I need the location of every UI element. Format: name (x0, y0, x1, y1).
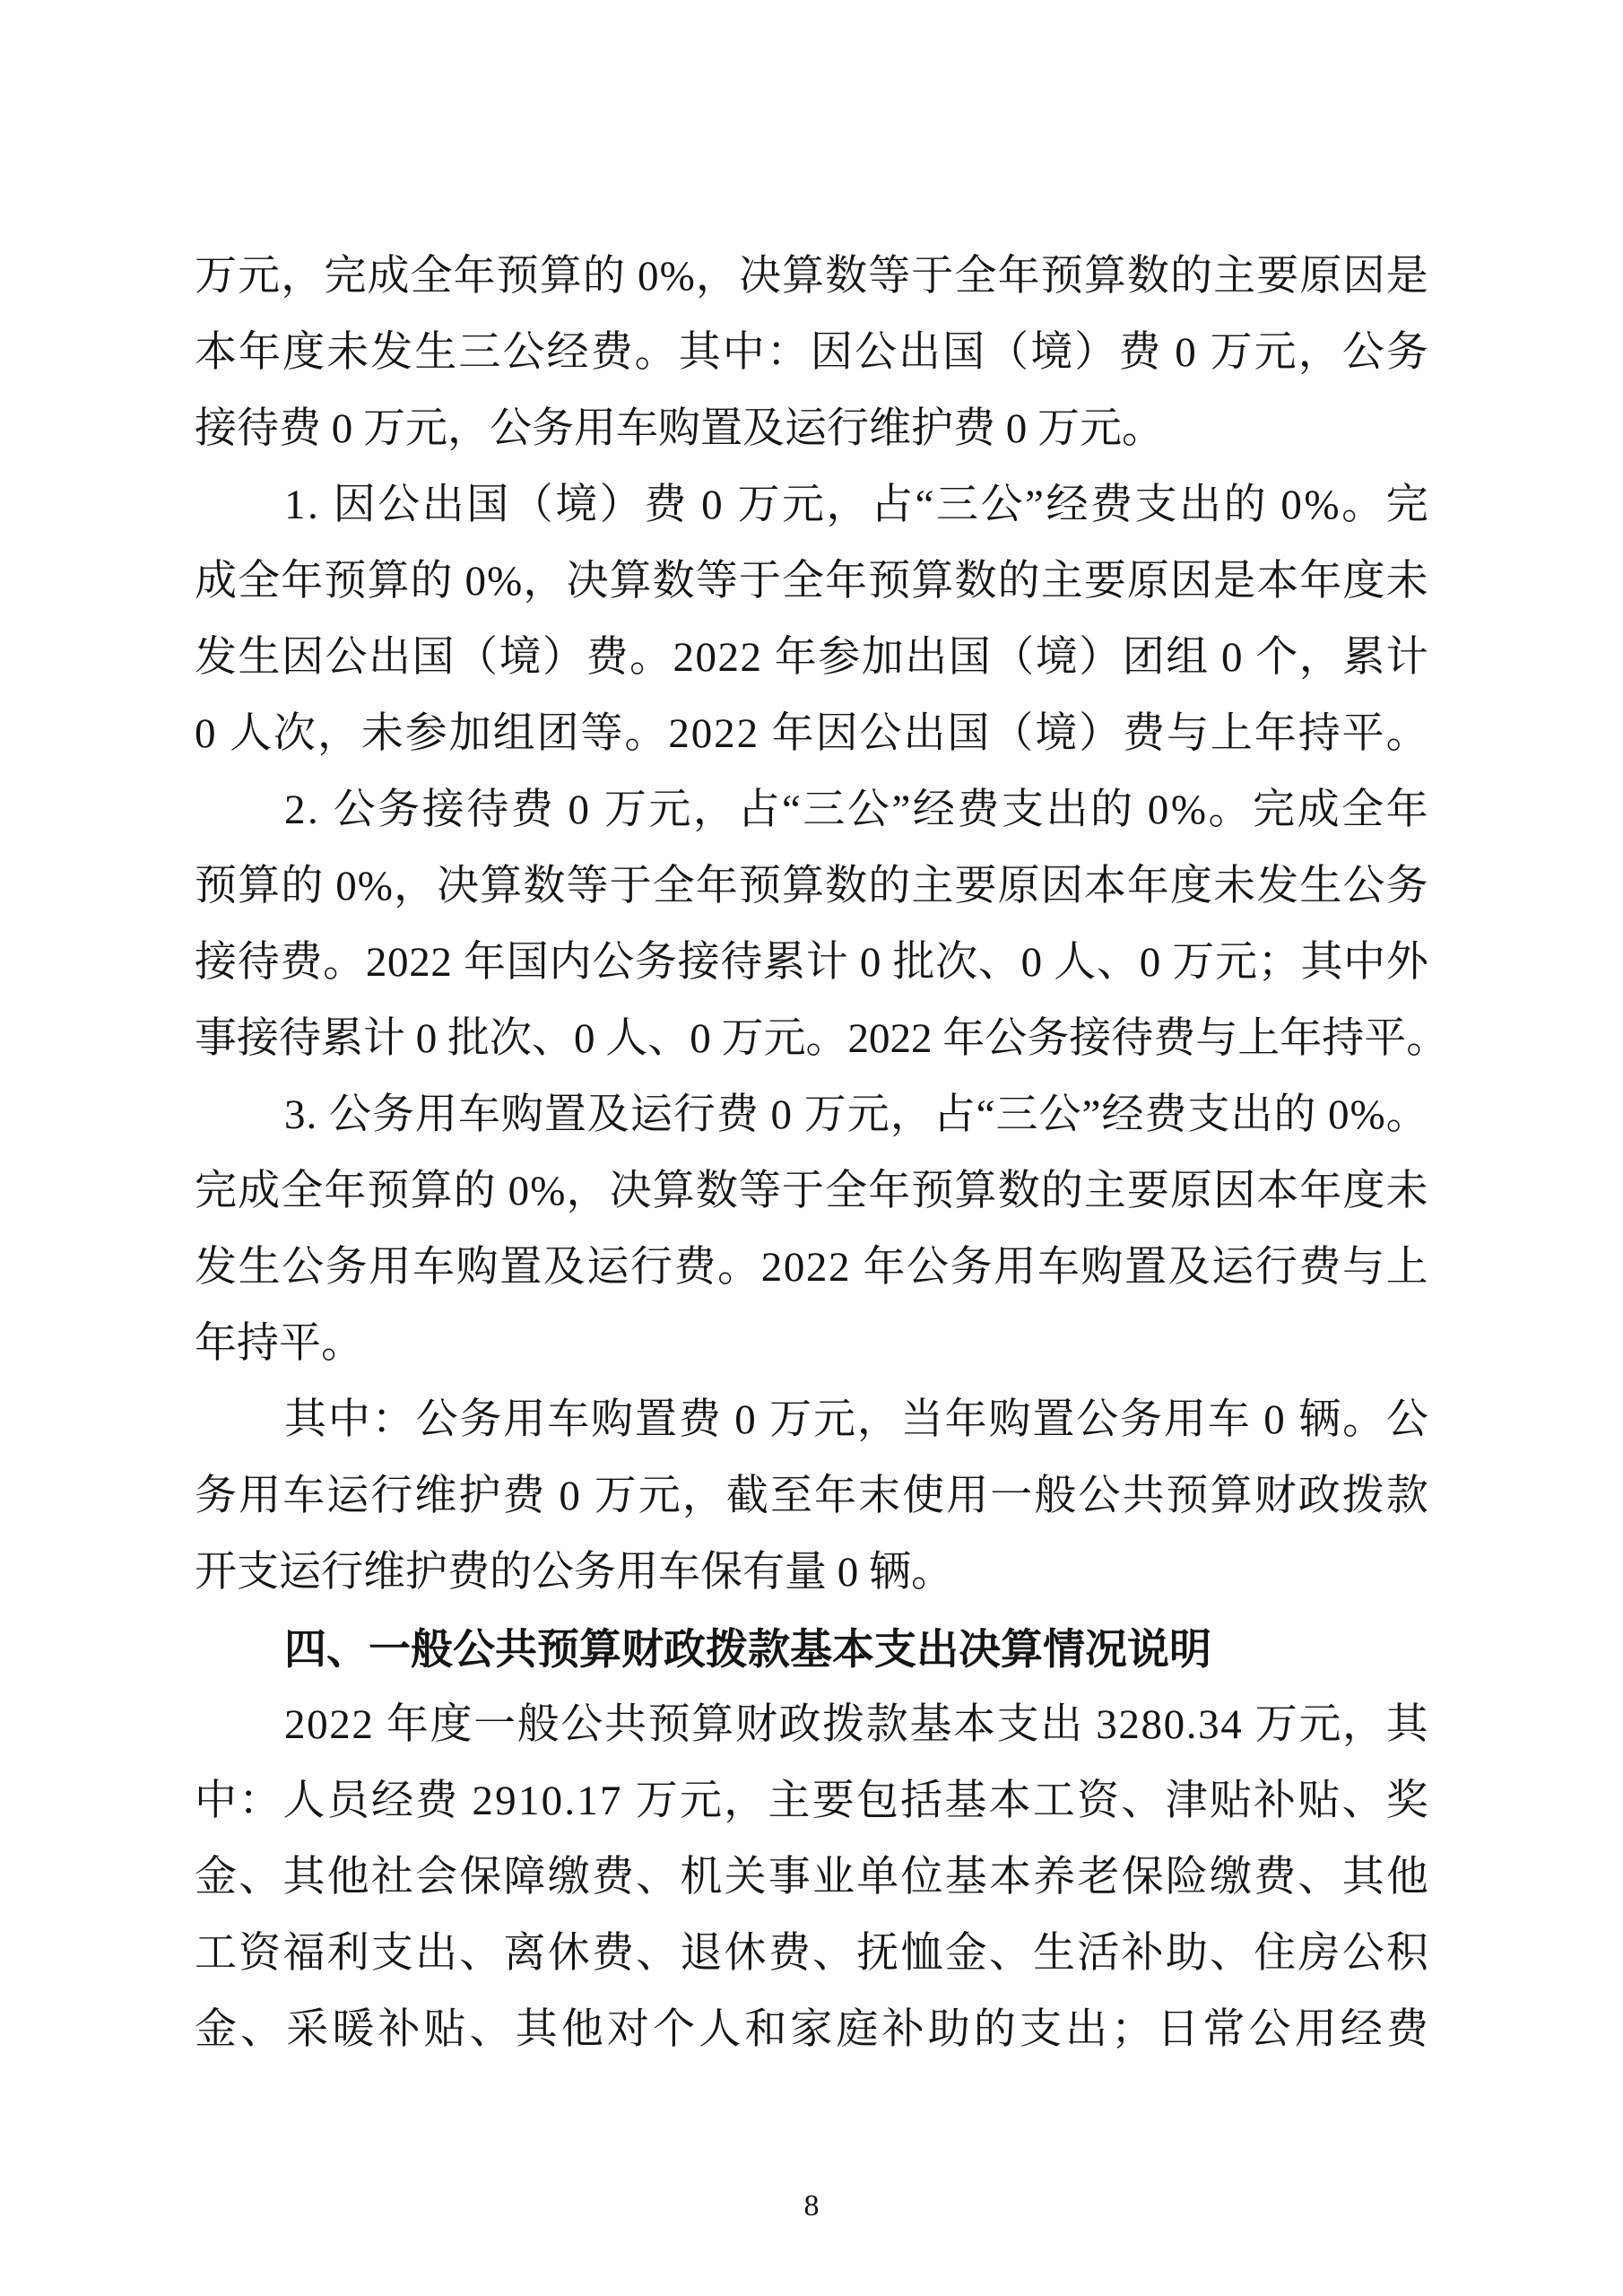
text-line: 务用车运行维护费 0 万元，截至年末使用一般公共预算财政拨款 (195, 1458, 1428, 1535)
text-line: 3. 公务用车购置及运行费 0 万元，占“三公”经费支出的 0%。 (195, 1077, 1428, 1153)
page-footer: 8 (0, 2187, 1623, 2226)
text-line: 发生公务用车购置及运行费。2022 年公务用车购置及运行费与上 (195, 1230, 1428, 1306)
text-line: 开支运行维护费的公务用车保有量 0 辆。 (195, 1535, 1428, 1611)
text-line: 2. 公务接待费 0 万元，占“三公”经费支出的 0%。完成全年 (195, 772, 1428, 848)
text-line: 成全年预算的 0%，决算数等于全年预算数的主要原因是本年度未 (195, 544, 1428, 620)
text-line: 年持平。 (195, 1306, 1428, 1382)
text-line: 其中：公务用车购置费 0 万元，当年购置公务用车 0 辆。公 (195, 1382, 1428, 1458)
text-line: 金、其他社会保障缴费、机关事业单位基本养老保险缴费、其他 (195, 1839, 1428, 1916)
text-line: 接待费 0 万元，公务用车购置及运行维护费 0 万元。 (195, 391, 1428, 467)
text-line: 金、采暖补贴、其他对个人和家庭补助的支出；日常公用经费 (195, 1992, 1428, 2068)
text-line: 发生因公出国（境）费。2022 年参加出国（境）团组 0 个，累计 (195, 620, 1428, 696)
text-line: 1. 因公出国（境）费 0 万元，占“三公”经费支出的 0%。完 (195, 467, 1428, 544)
text-line: 中：人员经费 2910.17 万元，主要包括基本工资、津贴补贴、奖 (195, 1763, 1428, 1839)
document-page: 万元，完成全年预算的 0%，决算数等于全年预算数的主要原因是本年度未发生三公经费… (0, 0, 1623, 2296)
text-line: 2022 年度一般公共预算财政拨款基本支出 3280.34 万元，其 (195, 1687, 1428, 1763)
text-line: 事接待累计 0 批次、0 人、0 万元。2022 年公务接待费与上年持平。 (195, 1001, 1428, 1077)
text-line: 本年度未发生三公经费。其中：因公出国（境）费 0 万元，公务 (195, 315, 1428, 391)
text-line: 预算的 0%，决算数等于全年预算数的主要原因本年度未发生公务 (195, 848, 1428, 925)
document-body: 万元，完成全年预算的 0%，决算数等于全年预算数的主要原因是本年度未发生三公经费… (195, 239, 1428, 2068)
text-line: 0 人次，未参加组团等。2022 年因公出国（境）费与上年持平。 (195, 696, 1428, 772)
text-line: 接待费。2022 年国内公务接待累计 0 批次、0 人、0 万元；其中外 (195, 925, 1428, 1001)
text-line: 万元，完成全年预算的 0%，决算数等于全年预算数的主要原因是 (195, 239, 1428, 315)
page-number: 8 (804, 2189, 820, 2222)
section-heading: 四、一般公共预算财政拨款基本支出决算情况说明 (195, 1611, 1428, 1687)
text-line: 完成全年预算的 0%，决算数等于全年预算数的主要原因本年度未 (195, 1153, 1428, 1230)
text-line: 工资福利支出、离休费、退休费、抚恤金、生活补助、住房公积 (195, 1916, 1428, 1992)
